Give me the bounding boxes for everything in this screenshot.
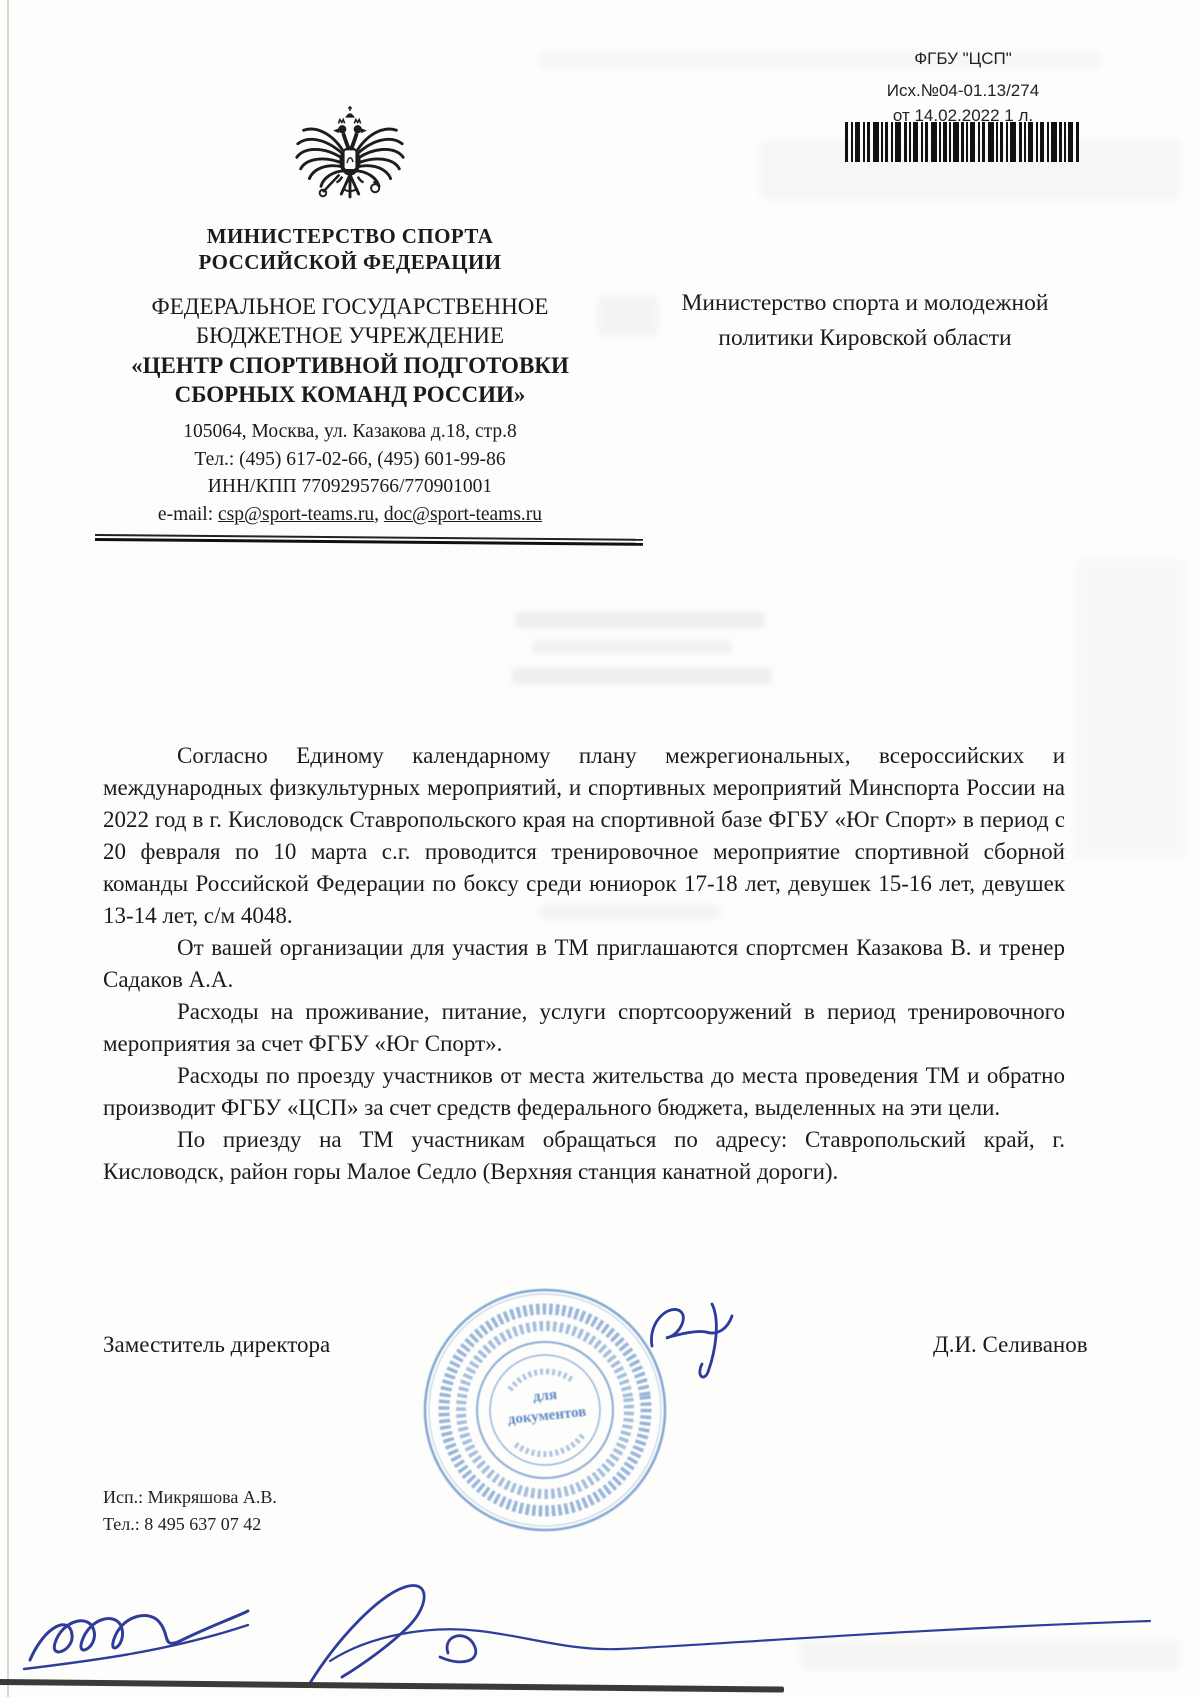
org-inn-kpp: ИНН/КПП 7709295766/770901001 <box>90 473 610 501</box>
org-phones: Тел.: (495) 617-02-66, (495) 601-99-86 <box>90 446 610 474</box>
email-label: e-mail: <box>158 504 218 525</box>
ministry-name: МИНИСТЕРСТВО СПОРТА РОССИЙСКОЙ ФЕДЕРАЦИИ <box>100 224 600 275</box>
organization-name-line2: БЮДЖЕТНОЕ УЧРЕЖДЕНИЕ <box>90 321 610 350</box>
email-address-1: csp@sport-teams.ru <box>218 504 374 525</box>
scan-smudge <box>532 640 732 654</box>
org-contacts-block: 105064, Москва, ул. Казакова д.18, стр.8… <box>90 418 610 529</box>
organization-name-line4: СБОРНЫХ КОМАНД РОССИИ» <box>90 380 610 409</box>
ministry-name-line1: МИНИСТЕРСТВО СПОРТА <box>100 224 600 250</box>
page-edge-line <box>7 0 9 1697</box>
organization-name-line1: ФЕДЕРАЛЬНОЕ ГОСУДАРСТВЕННОЕ <box>90 292 610 321</box>
executor-phone: Тел.: 8 495 637 07 42 <box>103 1511 277 1538</box>
scan-smudge <box>515 612 765 628</box>
bottom-signature-1 <box>24 1611 248 1669</box>
executor-block: Исп.: Микряшова А.В. Тел.: 8 495 637 07 … <box>103 1484 277 1538</box>
org-address: 105064, Москва, ул. Казакова д.18, стр.8 <box>90 418 610 446</box>
coat-of-arms-icon <box>292 102 408 228</box>
signer-position: Заместитель директора <box>103 1332 330 1358</box>
letterhead-divider-line <box>95 534 643 547</box>
scan-smudge <box>1075 560 1185 860</box>
body-paragraph-1: Согласно Единому календарному плану межр… <box>103 740 1065 932</box>
executor-name: Исп.: Микряшова А.В. <box>103 1484 277 1511</box>
body-paragraph-3: Расходы на проживание, питание, услуги с… <box>103 996 1065 1060</box>
email-separator: , <box>374 504 384 525</box>
body-paragraph-4: Расходы по проезду участников от места ж… <box>103 1060 1065 1124</box>
barcode <box>845 122 1080 162</box>
ministry-name-line2: РОССИЙСКОЙ ФЕДЕРАЦИИ <box>100 250 600 276</box>
organization-name-line3: «ЦЕНТР СПОРТИВНОЙ ПОДГОТОВКИ <box>90 351 610 380</box>
bottom-signatures <box>10 1565 1160 1690</box>
bottom-signature-2 <box>310 1586 1150 1683</box>
recipient-block: Министерство спорта и молодежной политик… <box>618 286 1112 357</box>
recipient-line2: политики Кировской области <box>618 321 1112 356</box>
organization-name: ФЕДЕРАЛЬНОЕ ГОСУДАРСТВЕННОЕ БЮДЖЕТНОЕ УЧ… <box>90 292 610 410</box>
body-paragraph-2: От вашей организации для участия в ТМ пр… <box>103 932 1065 996</box>
scan-smudge <box>512 668 772 684</box>
recipient-line1: Министерство спорта и молодежной <box>618 286 1112 321</box>
outgoing-reference-block: ФГБУ "ЦСП" Исх.№04-01.13/274 от 14.02.20… <box>843 46 1083 129</box>
body-paragraph-5: По приезду на ТМ участникам обращаться п… <box>103 1124 1065 1188</box>
signer-name: Д.И. Селиванов <box>933 1332 1088 1358</box>
director-signature <box>622 1276 762 1388</box>
scanned-letter-page: ФГБУ "ЦСП" Исх.№04-01.13/274 от 14.02.20… <box>0 0 1200 1697</box>
outgoing-number: Исх.№04-01.13/274 <box>843 78 1083 104</box>
org-email-line: e-mail: csp@sport-teams.ru, doc@sport-te… <box>90 501 610 529</box>
letter-body: Согласно Единому календарному плану межр… <box>103 740 1065 1188</box>
email-address-2: doc@sport-teams.ru <box>384 504 542 525</box>
outgoing-org-short: ФГБУ "ЦСП" <box>843 46 1083 72</box>
